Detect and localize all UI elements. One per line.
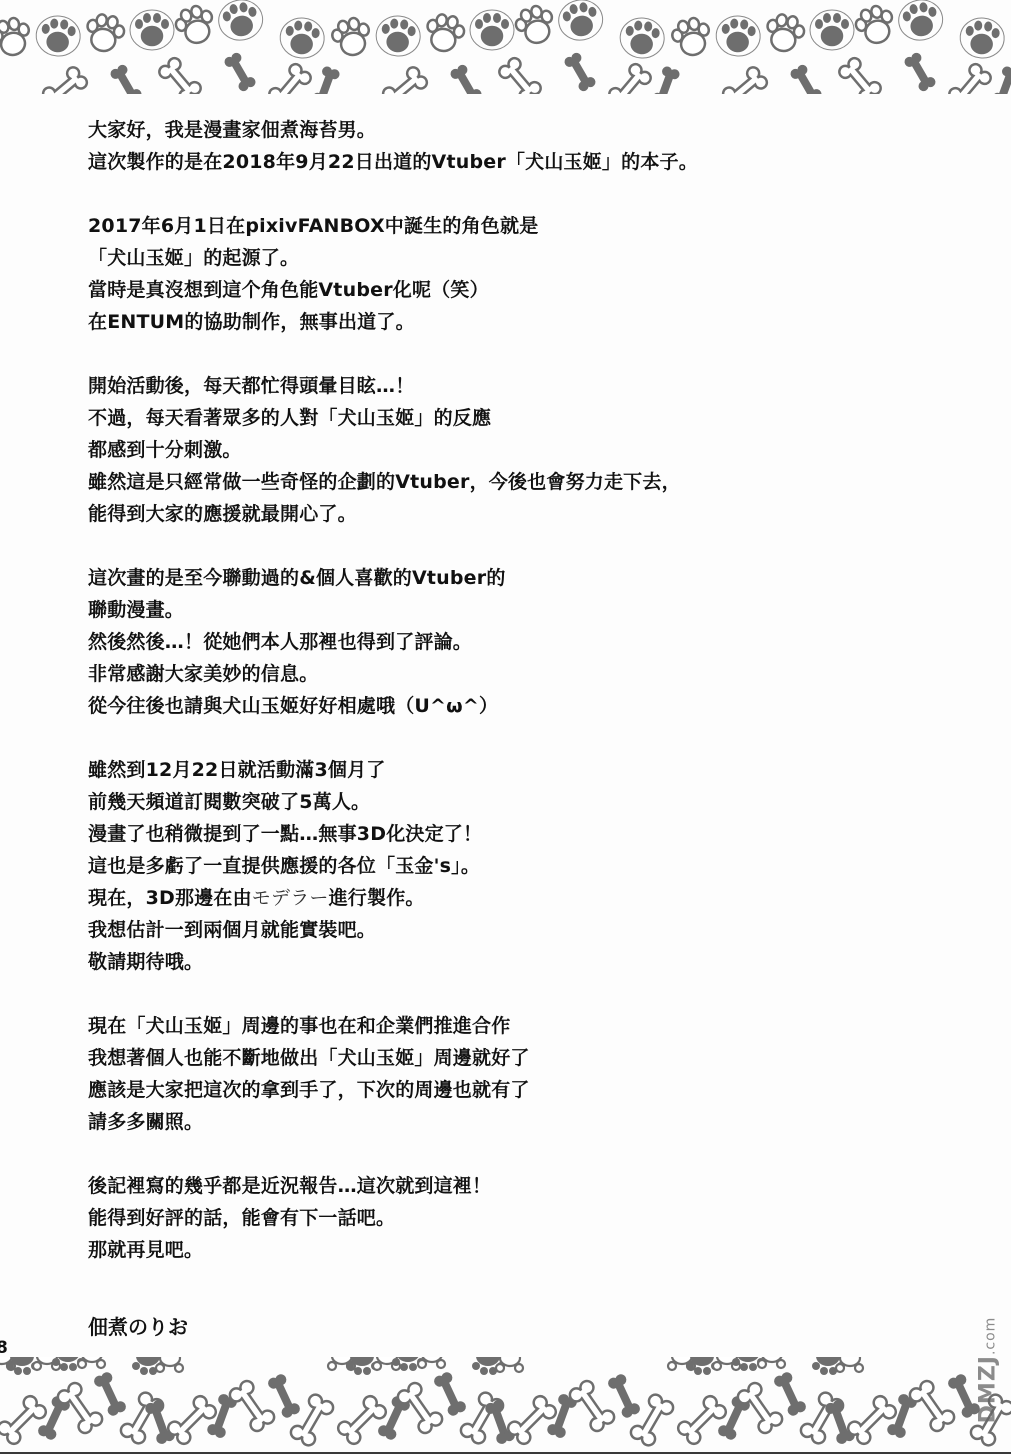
text-line: 開始活動後，每天都忙得頭暈目眩…！ xyxy=(88,370,788,402)
paragraph-collab: 這次畫的是至今聯動過的&個人喜歡的Vtuber的 聯動漫畫。 然後然後…！從她們… xyxy=(88,562,788,722)
paragraph-3d-news: 雖然到12月22日就活動滿3個月了 前幾天頻道訂閱數突破了5萬人。 漫畫了也稍微… xyxy=(88,754,788,978)
text-line: 敬請期待哦。 xyxy=(88,946,788,978)
modeler-kana: モデラー xyxy=(252,887,329,909)
site-watermark: DMZJ.com xyxy=(968,1290,1008,1450)
text-line: 「犬山玉姬」的起源了。 xyxy=(88,242,788,274)
watermark-suffix: .com xyxy=(983,1317,999,1355)
text-line: 雖然這是只經常做一些奇怪的企劃的Vtuber，今後也會努力走下去， xyxy=(88,466,788,498)
text-line: 現在「犬山玉姬」周邊的事也在和企業們推進合作 xyxy=(88,1010,788,1042)
text-line: 不過，每天看著眾多的人對「犬山玉姬」的反應 xyxy=(88,402,788,434)
paragraph-origin: 2017年6月1日在pixivFANBOX中誕生的角色就是 「犬山玉姬」的起源了… xyxy=(88,210,788,338)
text-line: 前幾天頻道訂閱數突破了5萬人。 xyxy=(88,786,788,818)
text-line: 我想著個人也能不斷地做出「犬山玉姬」周邊就好了 xyxy=(88,1042,788,1074)
text-line: 然後然後…！從她們本人那裡也得到了評論。 xyxy=(88,626,788,658)
text-line: 我想估計一到兩個月就能實裝吧。 xyxy=(88,914,788,946)
text-line: 漫畫了也稍微提到了一點…無事3D化決定了！ xyxy=(88,818,788,850)
watermark-main: DMZJ xyxy=(976,1355,1001,1423)
text-line: 那就再見吧。 xyxy=(88,1234,788,1266)
text-line: 從今往後也請與犬山玉姬好好相處哦（U^ω^） xyxy=(88,690,788,722)
text-line: 後記裡寫的幾乎都是近況報告…這次就到這裡！ xyxy=(88,1170,788,1202)
text-line: 這次畫的是至今聯動過的&個人喜歡的Vtuber的 xyxy=(88,562,788,594)
text-line: 非常感謝大家美妙的信息。 xyxy=(88,658,788,690)
text-line: 聯動漫畫。 xyxy=(88,594,788,626)
afterword-text: 大家好，我是漫畫家佃煮海苔男。 這次製作的是在2018年9月22日出道的Vtub… xyxy=(88,114,788,1298)
paragraph-closing: 後記裡寫的幾乎都是近況報告…這次就到這裡！ 能得到好評的話，能會有下一話吧。 那… xyxy=(88,1170,788,1266)
author-signature: 佃煮のりお xyxy=(88,1313,188,1341)
text-line: 能得到大家的應援就最開心了。 xyxy=(88,498,788,530)
text-line: 都感到十分刺激。 xyxy=(88,434,788,466)
text-line: 當時是真沒想到這个角色能Vtuber化呢（笑） xyxy=(88,274,788,306)
text-line: 在ENTUM的協助制作，無事出道了。 xyxy=(88,306,788,338)
text-line: 應該是大家把這次的拿到手了，下次的周邊也就有了 xyxy=(88,1074,788,1106)
paragraph-merch: 現在「犬山玉姬」周邊的事也在和企業們推進合作 我想著個人也能不斷地做出「犬山玉姬… xyxy=(88,1010,788,1138)
text-line: 這也是多虧了一直提供應援的各位「玉金's」。 xyxy=(88,850,788,882)
page-number: 8 xyxy=(0,1338,8,1358)
text-line: 大家好，我是漫畫家佃煮海苔男。 xyxy=(88,114,788,146)
text-segment: 進行製作。 xyxy=(329,887,425,909)
text-line: 2017年6月1日在pixivFANBOX中誕生的角色就是 xyxy=(88,210,788,242)
text-line: 能得到好評的話，能會有下一話吧。 xyxy=(88,1202,788,1234)
watermark-text: DMZJ.com xyxy=(976,1317,1001,1424)
top-paw-bone-border xyxy=(0,0,1011,96)
text-line: 這次製作的是在2018年9月22日出道的Vtuber「犬山玉姬」的本子。 xyxy=(88,146,788,178)
paragraph-greeting: 大家好，我是漫畫家佃煮海苔男。 這次製作的是在2018年9月22日出道的Vtub… xyxy=(88,114,788,178)
text-line: 請多多關照。 xyxy=(88,1106,788,1138)
bottom-paw-bone-border xyxy=(0,1356,1011,1454)
paragraph-activities: 開始活動後，每天都忙得頭暈目眩…！ 不過，每天看著眾多的人對「犬山玉姬」的反應 … xyxy=(88,370,788,530)
text-line: 雖然到12月22日就活動滿3個月了 xyxy=(88,754,788,786)
text-line-modeler: 現在，3D那邊在由モデラー進行製作。 xyxy=(88,882,788,914)
text-segment: 現在，3D那邊在由 xyxy=(88,887,252,909)
